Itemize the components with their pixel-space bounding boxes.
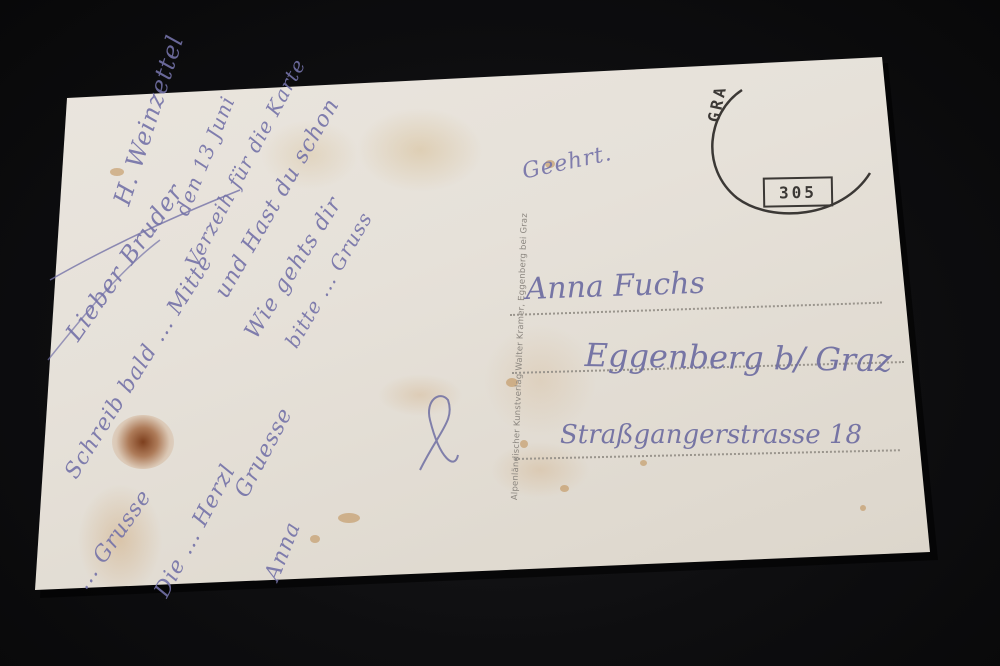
pen-strokes: [0, 0, 1000, 666]
